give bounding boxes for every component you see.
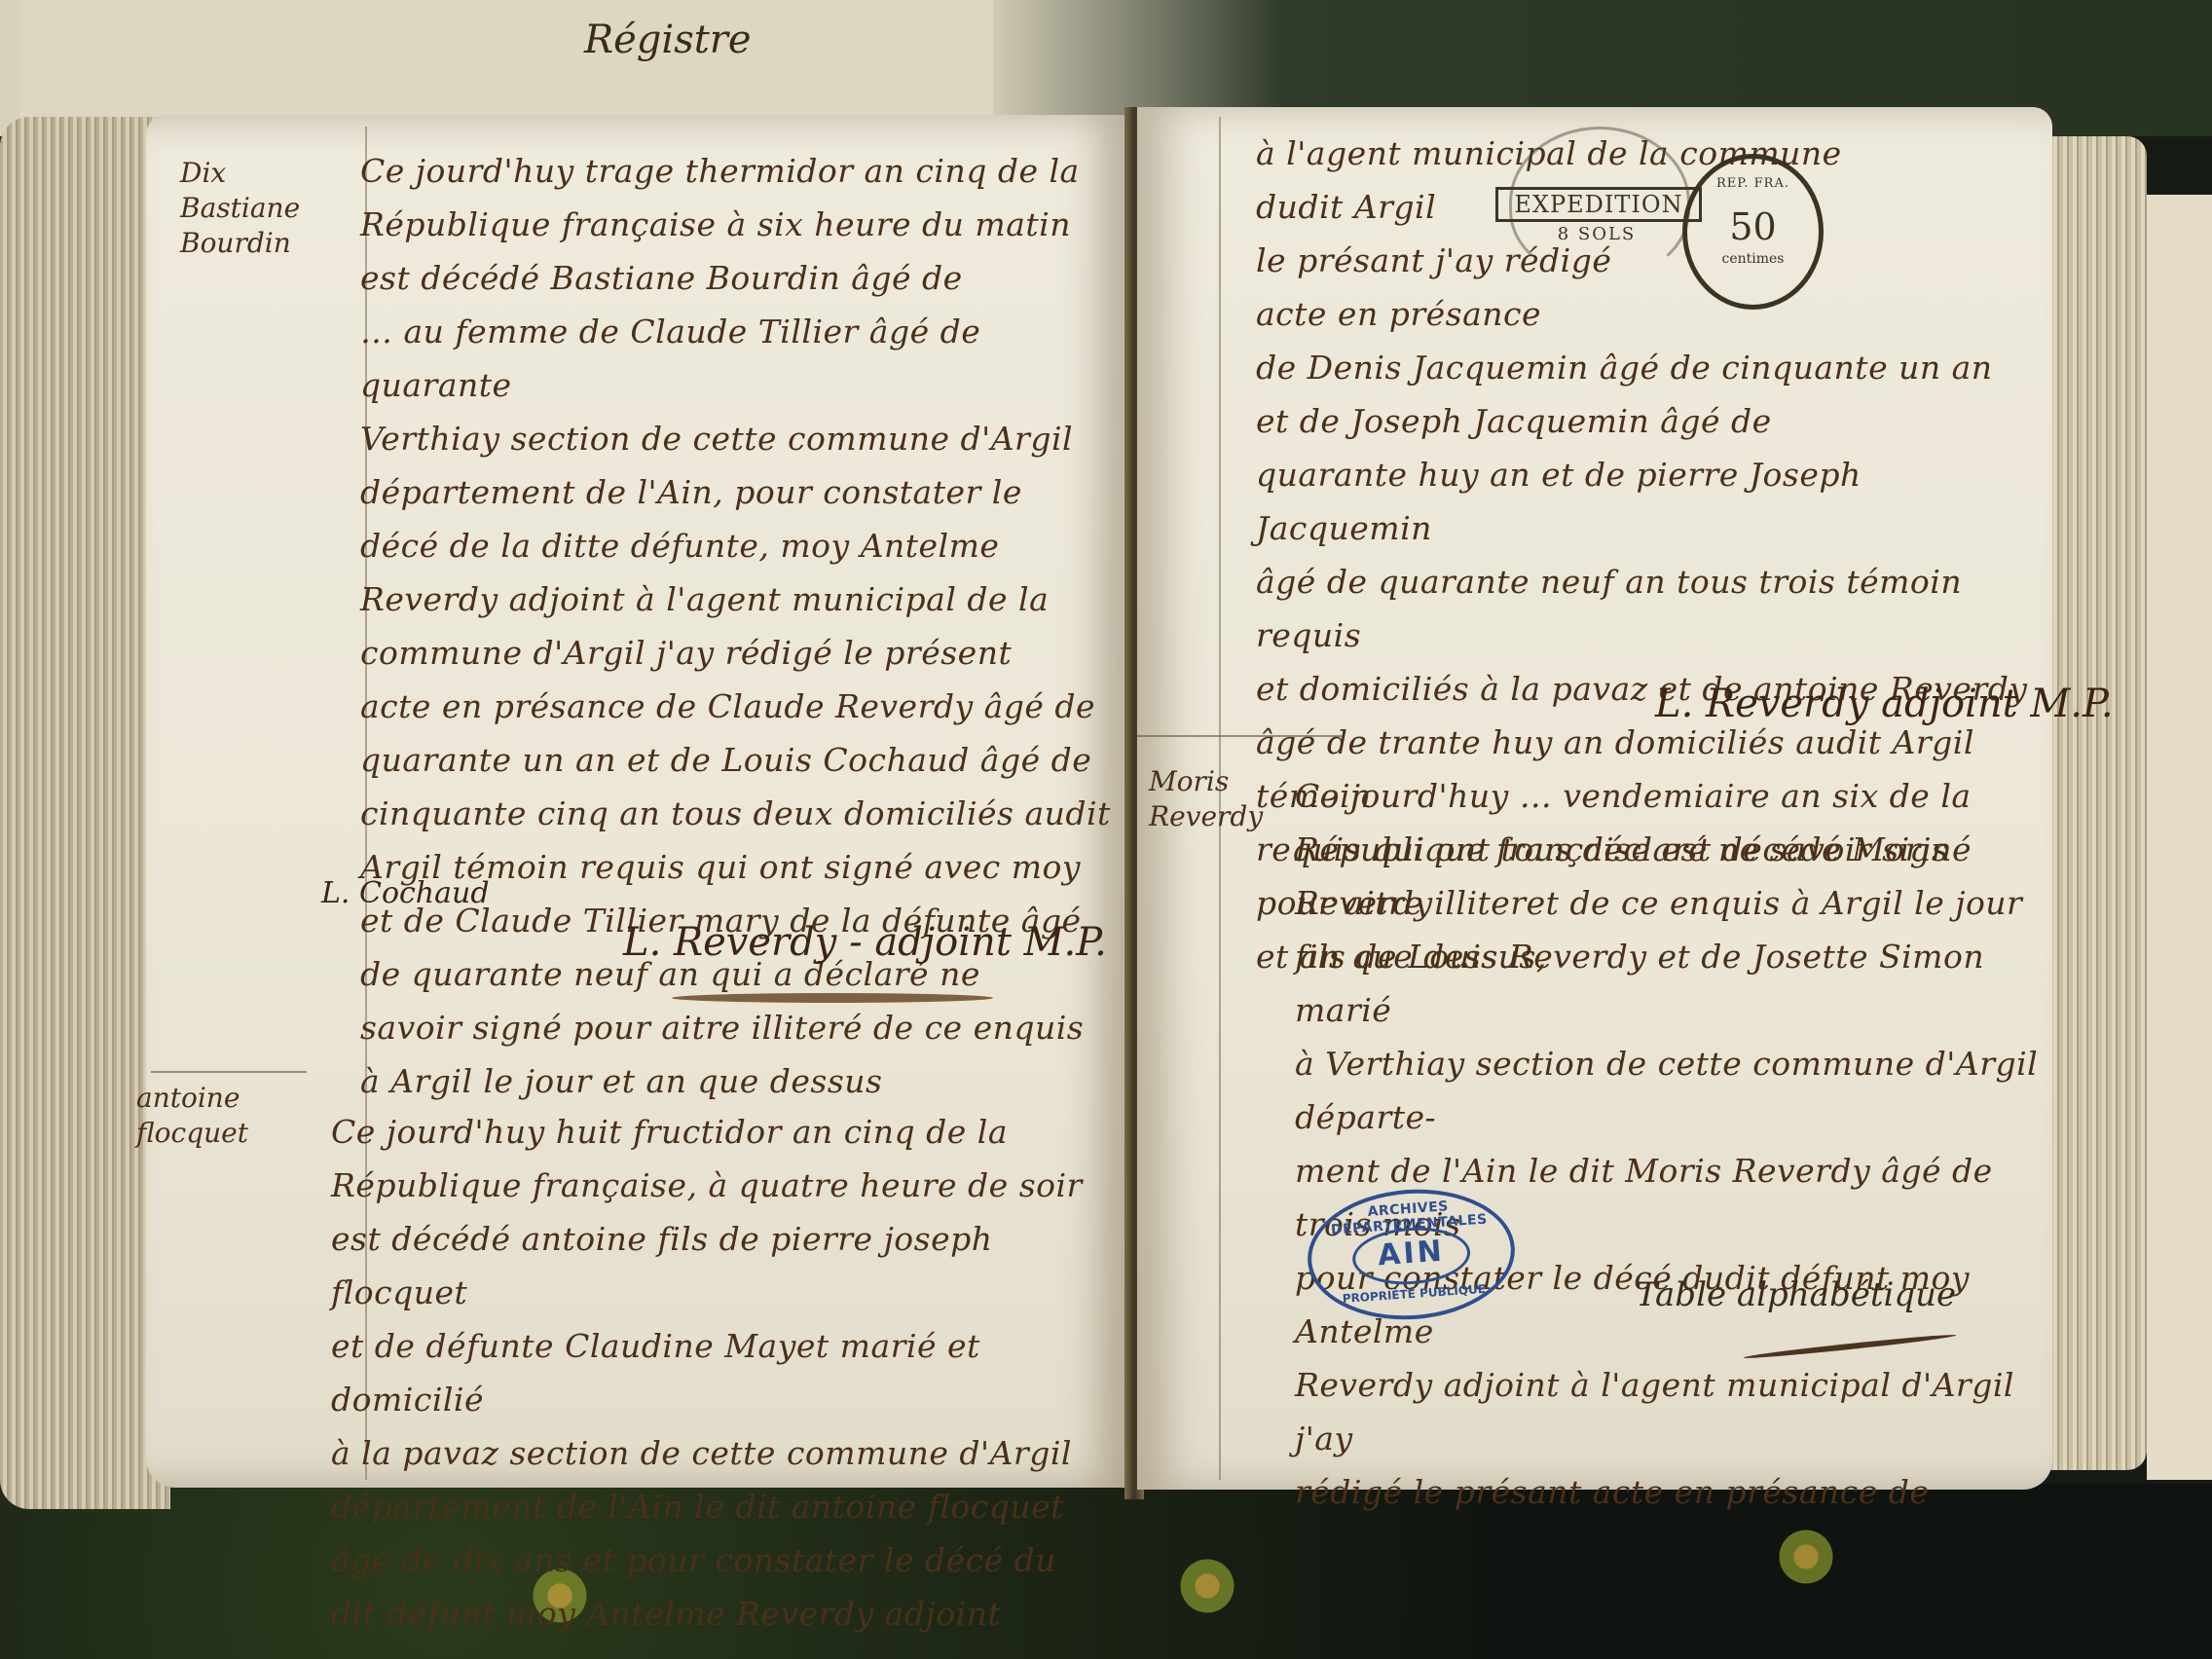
register-label: Régistre bbox=[584, 18, 752, 62]
entry-divider bbox=[1137, 735, 1342, 737]
expedition-price: 8 SOLS bbox=[1490, 224, 1704, 244]
margin-note-bourdin: Dix Bastiane Bourdin bbox=[180, 156, 300, 261]
entry-divider bbox=[151, 1071, 307, 1073]
expedition-label: EXPEDITION bbox=[1495, 187, 1702, 222]
adjacent-register-sheet bbox=[2147, 195, 2212, 1480]
entry-flocquet-text: Ce jourd'huy huit fructidor an cinq de l… bbox=[331, 1105, 1129, 1641]
signature-reverdy-right: L. Reverdy adjoint M.P. bbox=[1655, 682, 2114, 726]
signature-flourish bbox=[672, 993, 993, 1003]
tax-stamp: REP. FRA. 50 centimes bbox=[1682, 154, 1824, 310]
tax-stamp-top: REP. FRA. bbox=[1687, 176, 1819, 191]
tax-stamp-unit: centimes bbox=[1687, 251, 1819, 267]
page-stack-left bbox=[0, 117, 170, 1509]
expedition-stamp: EXPEDITION 8 SOLS bbox=[1490, 127, 1704, 282]
flower-pattern bbox=[1173, 1552, 1241, 1620]
tax-stamp-value: 50 bbox=[1687, 205, 1819, 248]
margin-note-reverdy: Moris Reverdy bbox=[1149, 764, 1263, 834]
witness-signature: L. Cochaud bbox=[321, 876, 490, 910]
table-alphabetique-note: Table alphabétique bbox=[1636, 1275, 1956, 1314]
signature-reverdy-left: L. Reverdy - adjoint M.P. bbox=[623, 920, 1107, 965]
entry-reverdy-text: Ce jourd'huy … vendemiaire an six de la … bbox=[1295, 769, 2064, 1519]
flower-pattern bbox=[1772, 1523, 1840, 1591]
margin-note-flocquet: antoine flocquet bbox=[136, 1081, 248, 1151]
